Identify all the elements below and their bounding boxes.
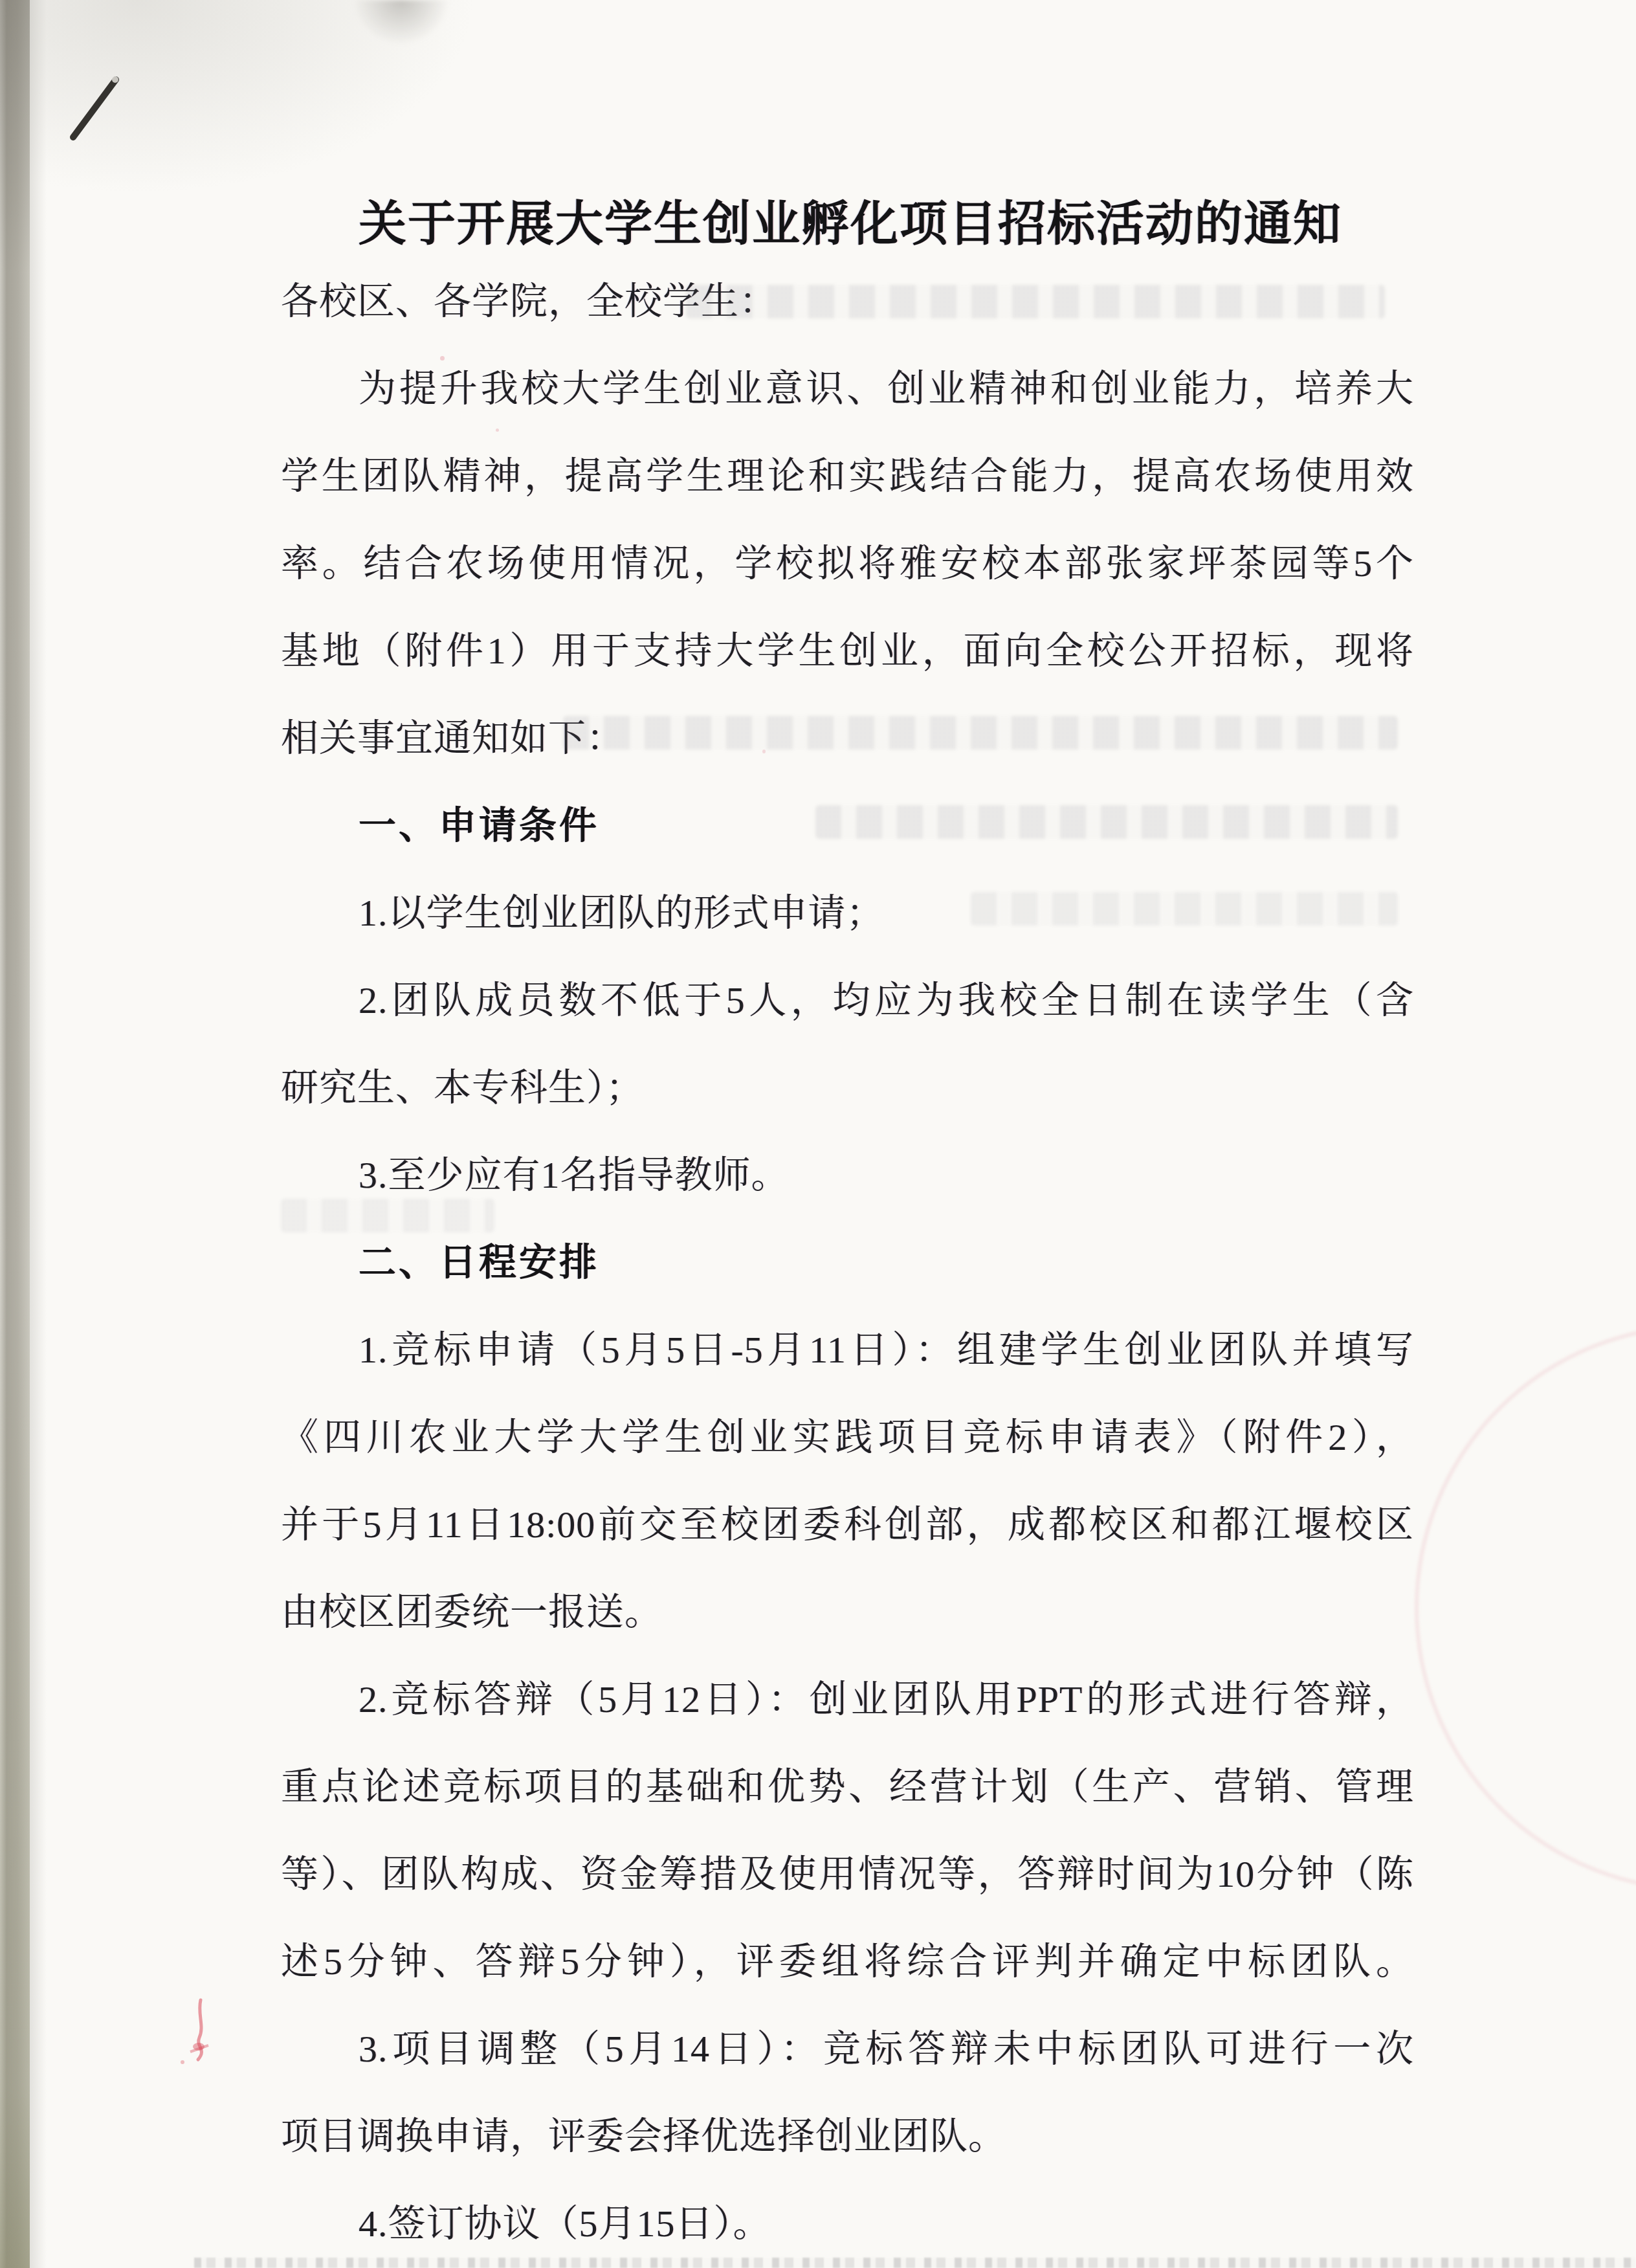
scan-noise-band — [194, 2258, 1636, 2268]
doc-line: 并于5月11日18:00前交至校团委科创部，成都校区和都江堰校区 — [281, 1481, 1414, 1568]
doc-line: 3.至少应有1名指导教师。 — [281, 1131, 1414, 1219]
pen-stroke-mark — [0, 0, 207, 207]
seal-arc — [1415, 1324, 1636, 1891]
doc-line: 述5分钟、答辩5分钟），评委组将综合评判并确定中标团队。 — [281, 1918, 1414, 2005]
doc-line: 1.以学生创业团队的形式申请； — [281, 869, 1414, 957]
doc-line: 重点论述竞标项目的基础和优势、经营计划（生产、营销、管理 — [281, 1743, 1414, 1830]
doc-line: 1.竞标申请（5月5日-5月11日）：组建学生创业团队并填写 — [281, 1306, 1414, 1394]
ink-speck — [496, 428, 499, 432]
doc-line: 由校区团委统一报送。 — [281, 1568, 1414, 1656]
red-ink-smudge — [162, 1974, 252, 2091]
scanned-notice-page: 关于开展大学生创业孵化项目招标活动的通知 各校区、各学院，全校学生： 为提升我校… — [0, 0, 1636, 2268]
doc-line: 基地（附件1）用于支持大学生创业，面向全校公开招标，现将 — [281, 607, 1414, 695]
notice-title: 关于开展大学生创业孵化项目招标活动的通知 — [91, 192, 1610, 256]
section-heading-1: 一、申请条件 — [281, 782, 1414, 869]
salutation-line: 各校区、各学院，全校学生： — [281, 258, 1414, 345]
doc-line: 学生团队精神，提高学生理论和实践结合能力，提高农场使用效 — [281, 432, 1414, 520]
paper-edge-shadow — [30, 0, 47, 2268]
doc-line: 研究生、本专科生）； — [281, 1044, 1414, 1131]
doc-line: 3.项目调整（5月14日）：竞标答辩未中标团队可进行一次 — [281, 2005, 1414, 2093]
ink-speck — [762, 750, 766, 753]
doc-line: 项目调换申请，评委会择优选择创业团队。 — [281, 2093, 1414, 2180]
section-heading-2: 二、日程安排 — [281, 1219, 1414, 1306]
doc-line: 率。结合农场使用情况，学校拟将雅安校本部张家坪茶园等5个 — [281, 520, 1414, 607]
notice-body: 各校区、各学院，全校学生： 为提升我校大学生创业意识、创业精神和创业能力，培养大… — [281, 258, 1414, 2267]
scanner-edge-strip — [0, 0, 30, 2268]
doc-line: 为提升我校大学生创业意识、创业精神和创业能力，培养大 — [281, 345, 1414, 432]
ink-speck — [440, 356, 445, 361]
doc-line: 相关事宜通知如下： — [281, 695, 1414, 782]
doc-line: 2.团队成员数不低于5人，均应为我校全日制在读学生（含 — [281, 957, 1414, 1044]
doc-line: 等）、团队构成、资金筹措及使用情况等，答辩时间为10分钟（陈 — [281, 1830, 1414, 1918]
doc-line: 2.竞标答辩（5月12日）：创业团队用PPT的形式进行答辩， — [281, 1656, 1414, 1743]
top-edge-smudge — [353, 0, 450, 45]
doc-line: 4.签订协议（5月15日）。 — [281, 2180, 1414, 2267]
doc-line: 《四川农业大学大学生创业实践项目竞标申请表》（附件2）， — [281, 1394, 1414, 1481]
